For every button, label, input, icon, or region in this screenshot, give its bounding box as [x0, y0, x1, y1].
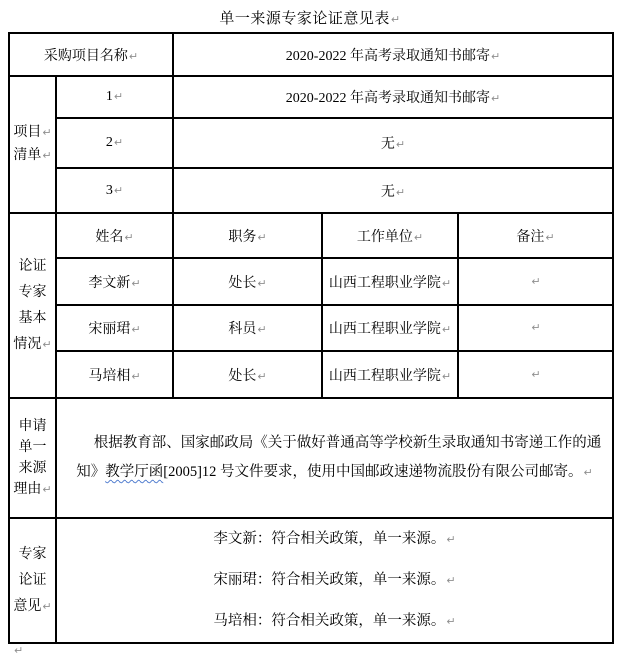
paragraph-mark: ↵	[41, 338, 51, 351]
vertical-label-line: 理由↵	[10, 483, 55, 497]
table-row: 申请 单一 来源 理由↵ 根据教育部、国家邮政局《关于做好普通高等学校新生录取通…	[9, 398, 613, 518]
expert-position-cell: 处长↵	[173, 351, 322, 398]
paragraph-mark: ↵	[113, 90, 123, 103]
opinion-line: 马培相：符合相关政策，单一来源。↵	[57, 601, 612, 642]
opinion-form-table: 采购项目名称↵ 2020-2022 年高考录取通知书邮寄↵ 项目↵ 清单↵ 1↵…	[8, 32, 614, 644]
vertical-label-line: 论证	[10, 574, 55, 588]
expert-remark-cell: ↵	[458, 305, 613, 351]
paragraph-mark: ↵	[390, 13, 401, 26]
experts-label-cell: 论证 专家 基本 情况↵	[9, 213, 56, 398]
procurement-label: 采购项目名称	[44, 49, 128, 64]
expert-name-cell: 李文新↵	[56, 258, 173, 305]
reason-text-cell: 根据教育部、国家邮政局《关于做好普通高等学校新生录取通知书寄递工作的通知》教学厅…	[56, 398, 613, 518]
table-row: 3↵ 无↵	[9, 168, 613, 213]
opinions-text-cell: 李文新：符合相关政策，单一来源。↵ 宋丽珺：符合相关政策，单一来源。↵ 马培相：…	[56, 518, 613, 643]
table-row: 论证 专家 基本 情况↵ 姓名↵ 职务↵ 工作单位↵ 备注↵	[9, 213, 613, 258]
paragraph-mark: ↵	[395, 138, 405, 151]
expert-name-cell: 宋丽珺↵	[56, 305, 173, 351]
procurement-label-cell: 采购项目名称↵	[9, 33, 173, 76]
vertical-label-line: 单一	[10, 441, 55, 455]
expert-header-name: 姓名↵	[56, 213, 173, 258]
opinions-label-cell: 专家 论证 意见↵	[9, 518, 56, 643]
paragraph-mark: ↵	[441, 323, 451, 336]
paragraph-mark: ↵	[490, 50, 500, 63]
vertical-label-line: 基本	[10, 312, 55, 326]
expert-name-cell: 马培相↵	[56, 351, 173, 398]
page-title: 单一来源专家论证意见表↵	[0, 0, 620, 28]
expert-remark-cell: ↵	[458, 258, 613, 305]
paragraph-mark: ↵	[530, 321, 540, 334]
procurement-value-cell: 2020-2022 年高考录取通知书邮寄↵	[173, 33, 613, 76]
expert-row: 马培相↵ 处长↵ 山西工程职业学院↵ ↵	[9, 351, 613, 398]
vertical-label-line: 来源	[10, 462, 55, 476]
vertical-label-line: 情况↵	[10, 338, 55, 352]
paragraph-mark: ↵	[41, 149, 51, 162]
paragraph-mark: ↵	[441, 277, 451, 290]
paragraph-mark: ↵	[256, 231, 266, 244]
paragraph-mark: ↵	[113, 184, 123, 197]
vertical-label-line: 项目↵	[10, 126, 55, 140]
paragraph-mark: ↵	[441, 370, 451, 383]
project-item-no: 3↵	[56, 168, 173, 213]
project-item-no: 2↵	[56, 118, 173, 168]
table-row: 采购项目名称↵ 2020-2022 年高考录取通知书邮寄↵	[9, 33, 613, 76]
expert-position-cell: 科员↵	[173, 305, 322, 351]
paragraph-mark: ↵	[395, 186, 405, 199]
paragraph-mark: ↵	[256, 370, 266, 383]
paragraph-mark: ↵	[41, 126, 51, 139]
vertical-label-line: 专家	[10, 548, 55, 562]
paragraph-mark: ↵	[583, 466, 593, 479]
paragraph-mark: ↵	[13, 644, 23, 657]
paragraph-mark: ↵	[445, 615, 455, 628]
expert-row: 宋丽珺↵ 科员↵ 山西工程职业学院↵ ↵	[9, 305, 613, 351]
table-row: 专家 论证 意见↵ 李文新：符合相关政策，单一来源。↵ 宋丽珺：符合相关政策，单…	[9, 518, 613, 643]
paragraph-mark: ↵	[123, 231, 133, 244]
expert-unit-cell: 山西工程职业学院↵	[322, 258, 458, 305]
paragraph-mark: ↵	[445, 574, 455, 587]
vertical-label-line: 清单↵	[10, 149, 55, 163]
vertical-label-line: 专家	[10, 286, 55, 300]
document-page: { "title": "单一来源专家论证意见表", "marks": { "re…	[0, 0, 620, 660]
project-item-content: 无↵	[173, 118, 613, 168]
paragraph-mark: ↵	[413, 231, 423, 244]
reason-label-cell: 申请 单一 来源 理由↵	[9, 398, 56, 518]
paragraph-mark: ↵	[445, 533, 455, 546]
vertical-label-line: 意见↵	[10, 600, 55, 614]
table-row: 2↵ 无↵	[9, 118, 613, 168]
paragraph-mark: ↵	[530, 275, 540, 288]
expert-header-remark: 备注↵	[458, 213, 613, 258]
expert-header-position: 职务↵	[173, 213, 322, 258]
paragraph-mark: ↵	[530, 368, 540, 381]
project-item-content: 无↵	[173, 168, 613, 213]
procurement-value: 2020-2022 年高考录取通知书邮寄	[286, 49, 490, 64]
paragraph-mark: ↵	[256, 277, 266, 290]
paragraph-mark: ↵	[128, 50, 138, 63]
project-item-content: 2020-2022 年高考录取通知书邮寄↵	[173, 76, 613, 118]
project-list-label-cell: 项目↵ 清单↵	[9, 76, 56, 213]
reason-paragraph: 根据教育部、国家邮政局《关于做好普通高等学校新生录取通知书寄递工作的通知》教学厅…	[57, 429, 612, 487]
paragraph-mark: ↵	[490, 92, 500, 105]
opinion-line: 宋丽珺：符合相关政策，单一来源。↵	[57, 560, 612, 601]
vertical-label-line: 申请	[10, 420, 55, 434]
vertical-label-line: 论证	[10, 260, 55, 274]
paragraph-mark: ↵	[130, 323, 140, 336]
table-row: 项目↵ 清单↵ 1↵ 2020-2022 年高考录取通知书邮寄↵	[9, 76, 613, 118]
paragraph-mark: ↵	[113, 136, 123, 149]
expert-remark-cell: ↵	[458, 351, 613, 398]
opinion-line: 李文新：符合相关政策，单一来源。↵	[57, 519, 612, 560]
paragraph-mark: ↵	[256, 323, 266, 336]
project-item-no: 1↵	[56, 76, 173, 118]
expert-unit-cell: 山西工程职业学院↵	[322, 351, 458, 398]
expert-unit-cell: 山西工程职业学院↵	[322, 305, 458, 351]
expert-row: 李文新↵ 处长↵ 山西工程职业学院↵ ↵	[9, 258, 613, 305]
expert-position-cell: 处长↵	[173, 258, 322, 305]
paragraph-mark: ↵	[544, 231, 554, 244]
paragraph-mark: ↵	[130, 277, 140, 290]
page-title-text: 单一来源专家论证意见表	[219, 11, 390, 27]
paragraph-mark: ↵	[130, 370, 140, 383]
expert-header-unit: 工作单位↵	[322, 213, 458, 258]
paragraph-mark: ↵	[41, 600, 51, 613]
paragraph-mark: ↵	[41, 483, 51, 496]
grammar-check-underline: 教学厅函	[105, 464, 163, 480]
